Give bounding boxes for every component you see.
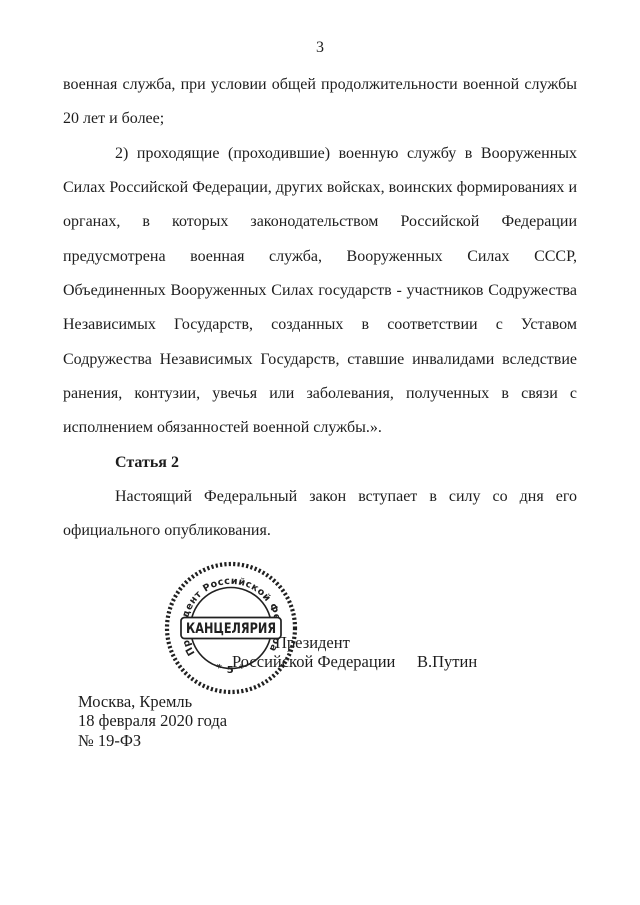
footer-block: Москва, Кремль 18 февраля 2020 года № 19… xyxy=(78,692,227,750)
chancellery-stamp: Президент Российской Федерации * 5 * КАН… xyxy=(156,553,306,703)
document-page: 3 военная служба, при условии общей прод… xyxy=(0,0,640,905)
text-line: исполнением обязанностей военной службы.… xyxy=(63,411,577,445)
text-line: ранения, контузии, увечья или заболевани… xyxy=(63,377,577,411)
stamp-center-text: КАНЦЕЛЯРИЯ xyxy=(186,621,276,637)
text-line: 20 лет и более; xyxy=(63,102,577,136)
stamp-bottom-text: * 5 * xyxy=(214,663,247,676)
footer-date: 18 февраля 2020 года xyxy=(78,711,227,730)
signature-name: В.Путин xyxy=(417,652,477,671)
text-line: Силах Российской Федерации, других войск… xyxy=(63,171,577,205)
text-line: Настоящий Федеральный закон вступает в с… xyxy=(63,480,577,514)
text-line: официального опубликования. xyxy=(63,514,577,548)
text-line: предусмотрена военная служба, Вооруженны… xyxy=(63,240,577,274)
text-line: Независимых Государств, созданных в соот… xyxy=(63,308,577,342)
text-line: органах, в которых законодательством Рос… xyxy=(63,205,577,239)
text-line: военная служба, при условии общей продол… xyxy=(63,68,577,102)
page-number: 3 xyxy=(0,39,640,57)
text-line: 2) проходящие (проходившие) военную служ… xyxy=(63,137,577,171)
footer-number: № 19-ФЗ xyxy=(78,731,227,750)
text-line: Содружества Независимых Государств, став… xyxy=(63,343,577,377)
article-2-heading: Статья 2 xyxy=(63,446,577,480)
document-body: военная служба, при условии общей продол… xyxy=(63,68,577,549)
text-line: Объединенных Вооруженных Силах государст… xyxy=(63,274,577,308)
footer-place: Москва, Кремль xyxy=(78,692,227,711)
